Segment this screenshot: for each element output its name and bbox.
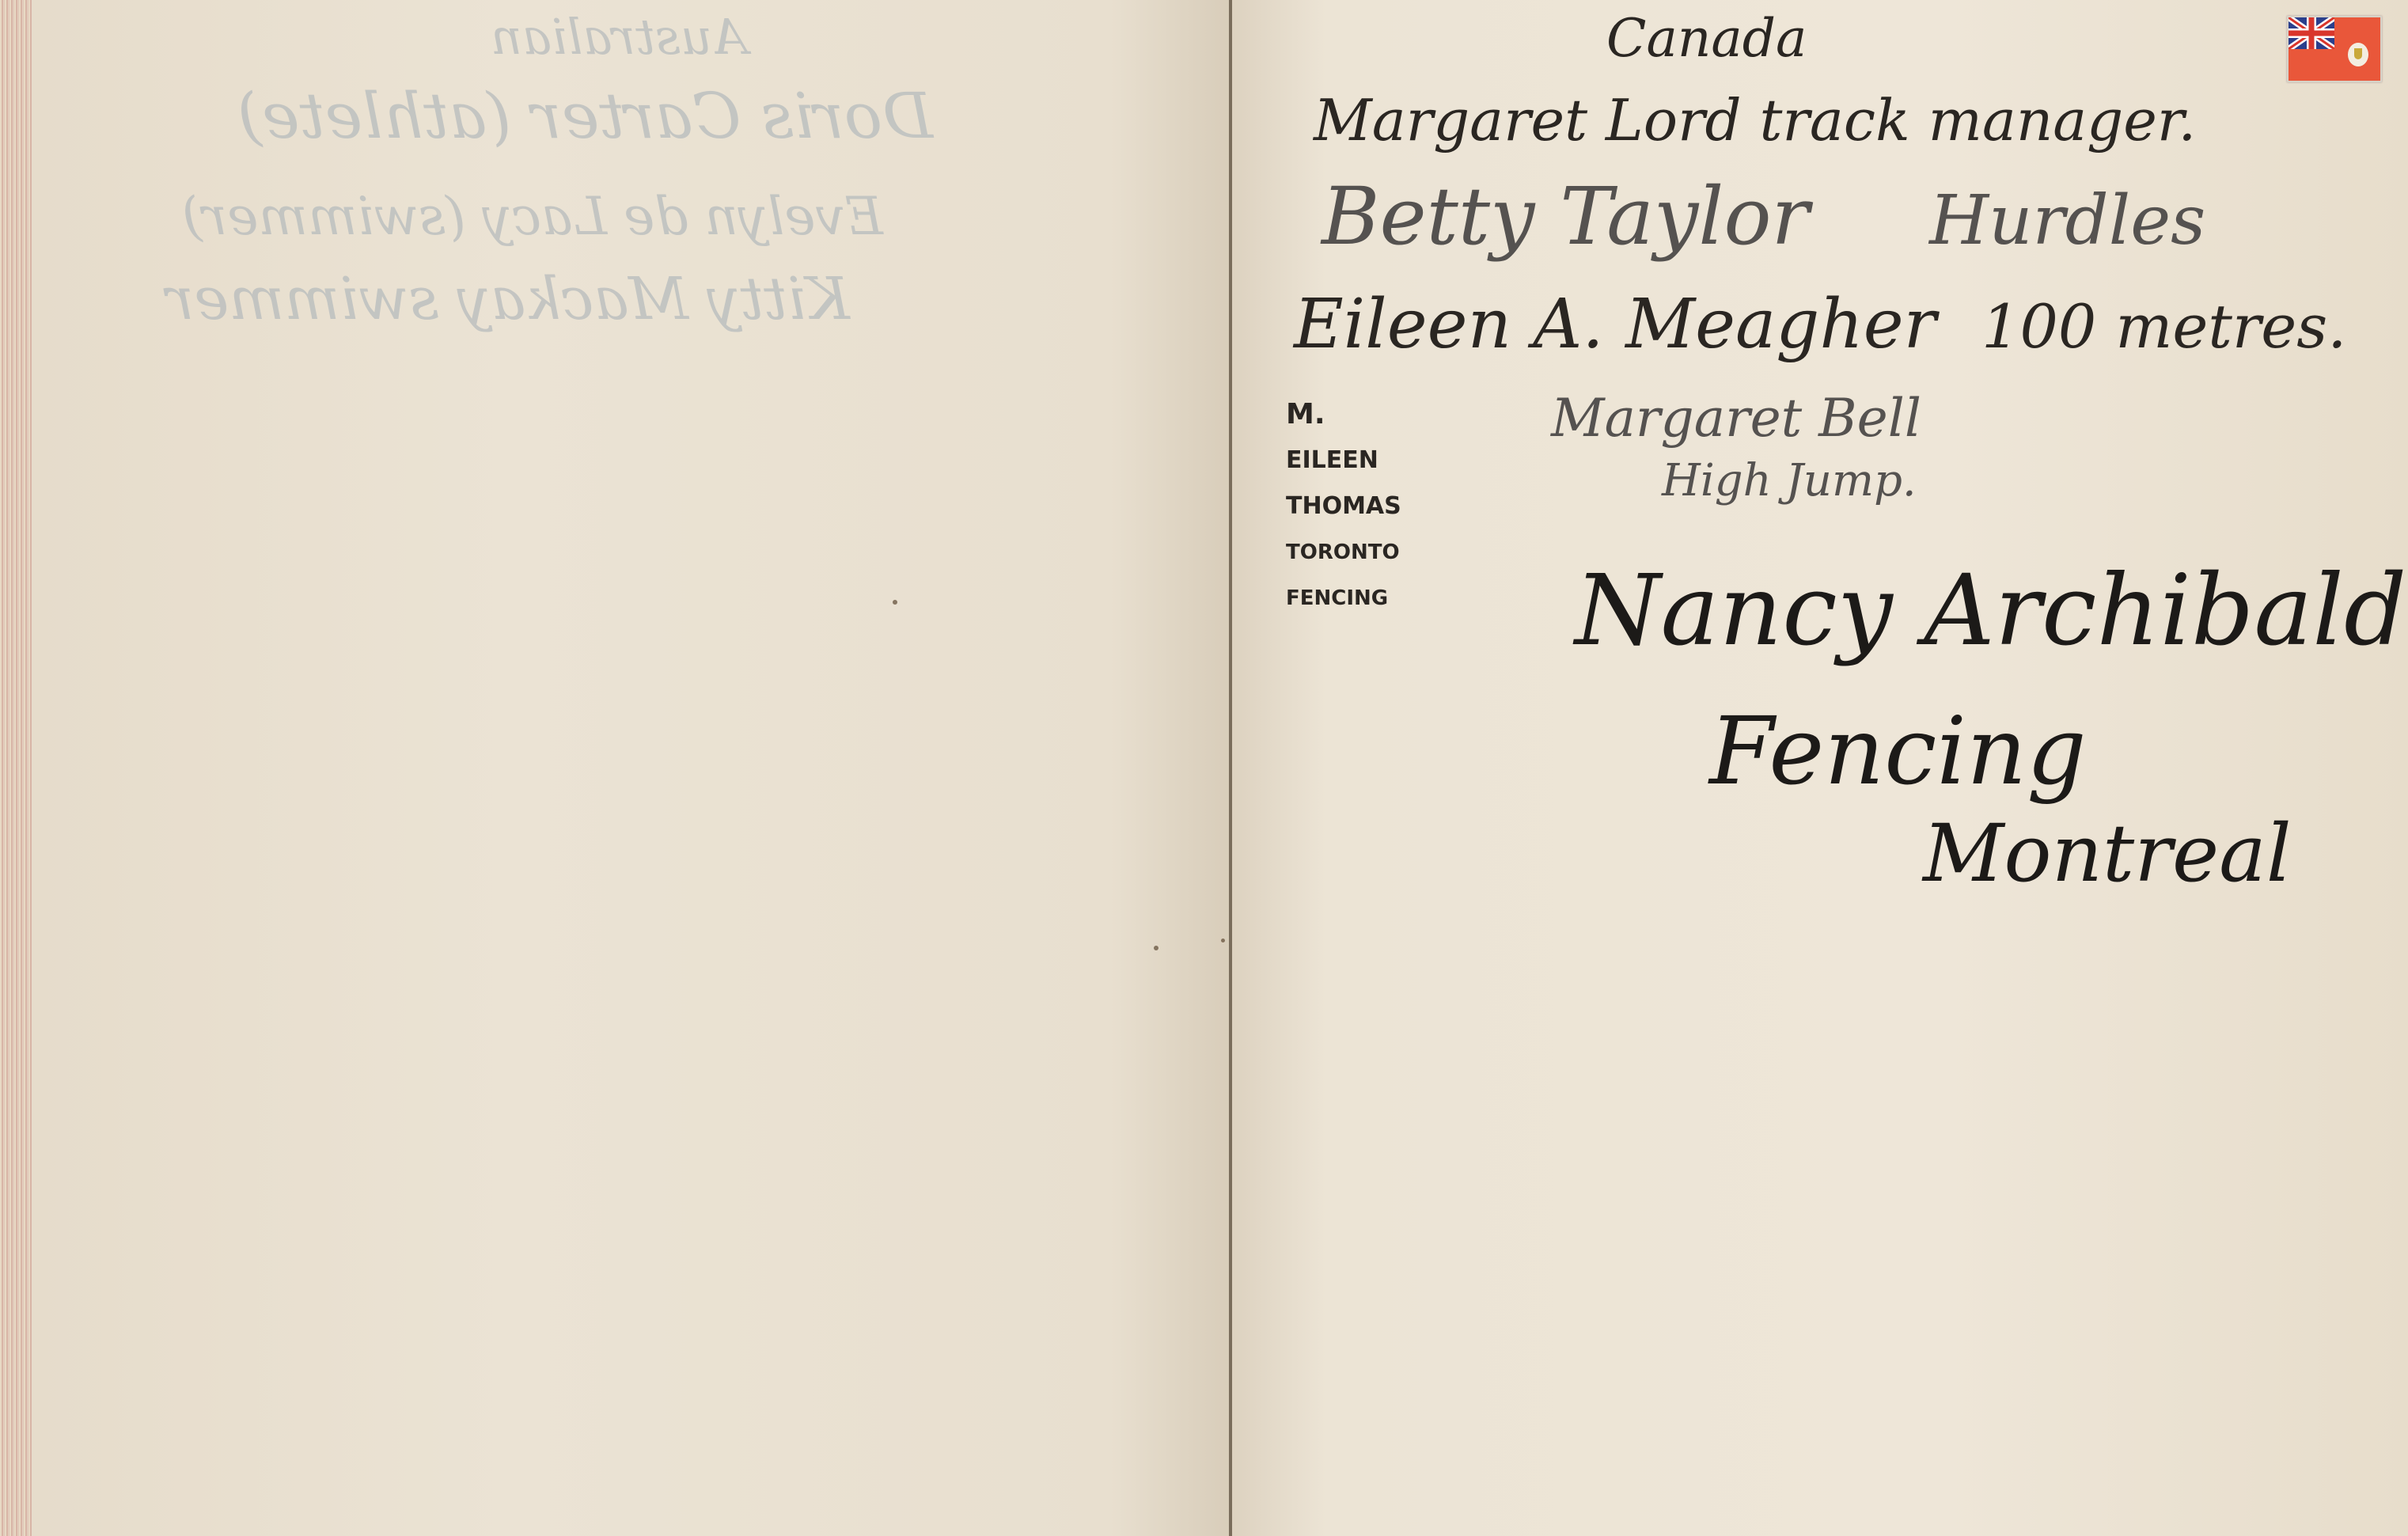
signature-name: Betty Taylor [1322,170,1809,263]
entry-margaret-bell-note: High Jump. [1662,455,1917,506]
block-line: EILEEN [1286,438,1401,484]
entry-nancy-archibald-city: Montreal [1923,807,2292,900]
block-entry-eileen-thomas: M. EILEEN THOMAS TORONTO FENCING [1286,392,1401,621]
entry-betty-taylor: Betty Taylor Hurdles [1322,170,2205,263]
paper-speck [893,600,897,605]
paper-speck [1221,939,1225,942]
entry-eileen-meagher: Eileen A. Meagher 100 metres. [1294,285,2346,364]
canadian-red-ensign-icon [2287,16,2382,82]
block-line: TORONTO [1286,529,1401,575]
block-line: M. [1286,392,1401,438]
signature-name: Eileen A. Meagher [1294,285,1936,364]
page-edges [0,0,32,1536]
ghost-line-1: Doris Carter (athlete) [237,79,933,153]
entry-nancy-archibald: Nancy Archibald [1575,554,2406,668]
block-line: THOMAS [1286,484,1401,529]
ghost-heading: Australian [491,8,748,66]
coat-of-arms-icon [2348,43,2368,66]
entry-margaret-bell: Margaret Bell [1551,388,1921,449]
autograph-book-spread: Australian Doris Carter (athlete) Evelyn… [0,0,2408,1536]
country-heading: Canada [1606,8,1807,69]
entry-margaret-lord: Margaret Lord track manager. [1314,87,2196,154]
entry-note: Hurdles [1929,181,2205,260]
entry-note: 100 metres. [1981,291,2346,362]
ghost-line-2: Evelyn de Lacy (swimmer) [182,186,883,247]
paper-speck [1154,946,1158,950]
entry-note: track manager. [1760,87,2197,154]
entry-nancy-archibald-note: Fencing [1709,696,2087,806]
ghost-line-3: Kitty Mackay swimmer [166,265,850,333]
signature-name: Margaret Lord [1314,87,1742,154]
block-line: FENCING [1286,575,1401,621]
